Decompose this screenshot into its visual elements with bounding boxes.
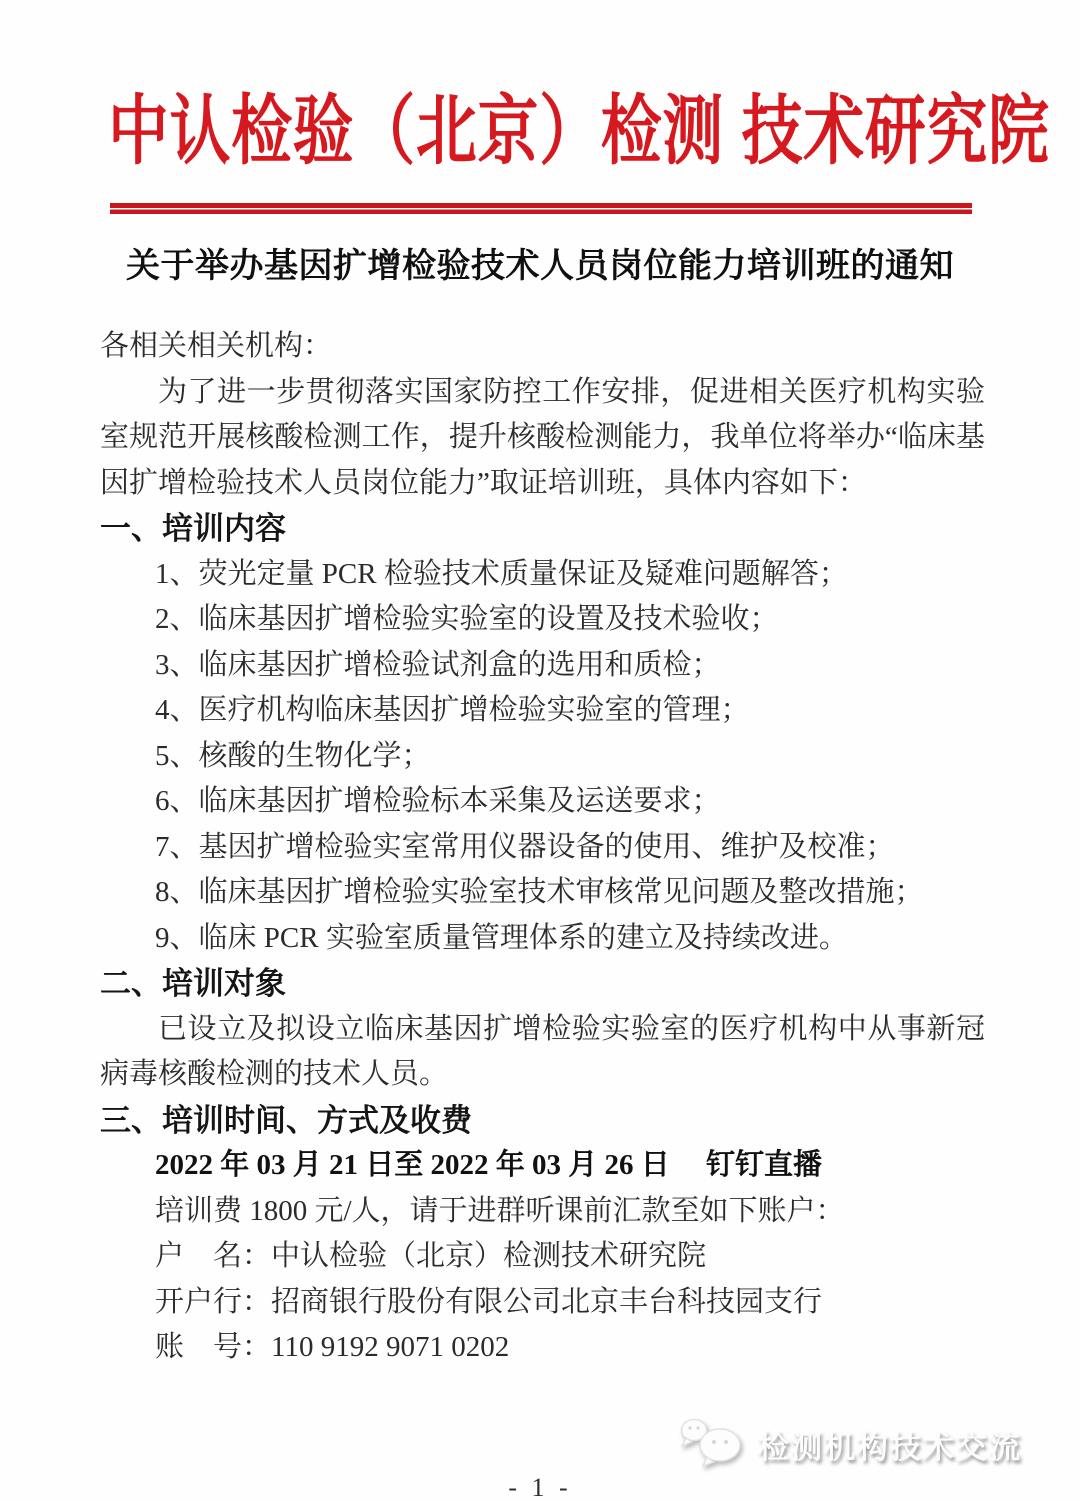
letterhead-org-title: 中认检验（北京）检测 技术研究院	[108, 92, 972, 172]
notice-document-page: 中认检验（北京）检测 技术研究院 关于举办基因扩增检验技术人员岗位能力培训班的通…	[0, 0, 1080, 1501]
page-number: - 1 -	[0, 1473, 1080, 1501]
letterhead-divider-rule	[110, 203, 972, 214]
audience-paragraph: 已设立及拟设立临床基因扩增检验实验室的医疗机构中从事新冠病毒核酸检测的技术人员。	[100, 1007, 985, 1098]
training-content-item-3: 3、临床基因扩增检验试剂盒的选用和质检；	[100, 643, 985, 689]
account-name-row: 户 名： 中认检验（北京）检测技术研究院	[100, 1234, 985, 1280]
document-body: 各相关相关机构： 为了进一步贯彻落实国家防控工作安排，促进相关医疗机构实验室规范…	[100, 324, 985, 1371]
section-1-heading: 一、培训内容	[100, 506, 985, 552]
wechat-watermark: 检测机构技术交流	[678, 1416, 1022, 1473]
training-content-item-8: 8、临床基因扩增检验实验室技术审核常见问题及整改措施；	[100, 870, 985, 916]
training-content-item-1: 1、荧光定量 PCR 检验技术质量保证及疑难问题解答；	[100, 552, 985, 598]
training-content-item-6: 6、临床基因扩增检验标本采集及运送要求；	[100, 779, 985, 825]
training-content-item-4: 4、医疗机构临床基因扩增检验实验室的管理；	[100, 688, 985, 734]
account-name-value: 中认检验（北京）检测技术研究院	[271, 1234, 706, 1280]
schedule-line: 2022 年 03 月 21 日至 2022 年 03 月 26 日 钉钉直播	[100, 1143, 985, 1189]
training-content-item-9: 9、临床 PCR 实验室质量管理体系的建立及持续改进。	[100, 916, 985, 962]
wechat-chat-bubbles-icon	[678, 1416, 748, 1473]
account-number-row: 账 号： 110 9192 9071 0202	[100, 1325, 985, 1371]
training-content-item-2: 2、临床基因扩增检验实验室的设置及技术验收；	[100, 597, 985, 643]
section-2-heading: 二、培训对象	[100, 961, 985, 1007]
training-content-item-5: 5、核酸的生物化学；	[100, 734, 985, 780]
training-content-item-7: 7、基因扩增检验实室常用仪器设备的使用、维护及校准；	[100, 825, 985, 871]
salutation-line: 各相关相关机构：	[100, 324, 985, 370]
document-title: 关于举办基因扩增检验技术人员岗位能力培训班的通知	[0, 238, 1080, 287]
intro-paragraph: 为了进一步贯彻落实国家防控工作安排，促进相关医疗机构实验室规范开展核酸检测工作，…	[100, 370, 985, 507]
watermark-text: 检测机构技术交流	[758, 1422, 1022, 1467]
account-name-label: 户 名：	[155, 1234, 271, 1280]
account-number-label: 账 号：	[155, 1325, 271, 1371]
account-number-value: 110 9192 9071 0202	[271, 1325, 509, 1371]
account-bank-row: 开户行： 招商银行股份有限公司北京丰台科技园支行	[100, 1280, 985, 1326]
account-bank-value: 招商银行股份有限公司北京丰台科技园支行	[271, 1280, 822, 1326]
training-content-list: 1、荧光定量 PCR 检验技术质量保证及疑难问题解答； 2、临床基因扩增检验实验…	[100, 552, 985, 962]
section-3-heading: 三、培训时间、方式及收费	[100, 1098, 985, 1144]
fee-line: 培训费 1800 元/人，请于进群听课前汇款至如下账户：	[100, 1189, 985, 1235]
account-bank-label: 开户行：	[155, 1280, 271, 1326]
